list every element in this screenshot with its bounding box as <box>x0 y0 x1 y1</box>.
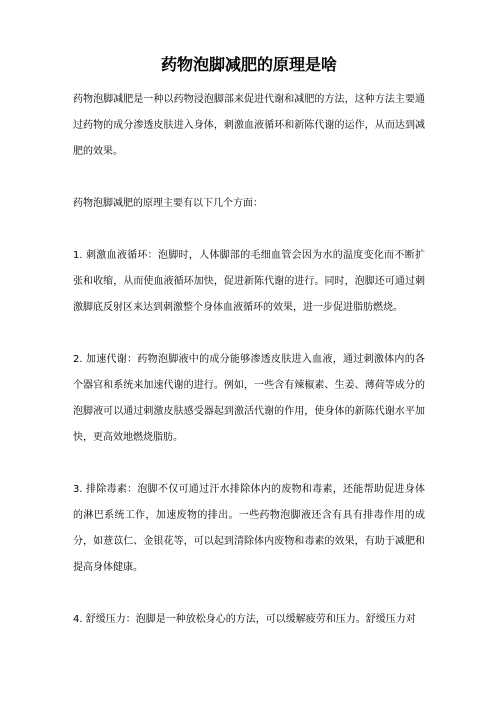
paragraph: 药物泡脚减肥是一种以药物浸泡脚部来促进代谢和减肥的方法，这种方法主要通过药物的成… <box>73 87 425 165</box>
paragraph: 2. 加速代谢：药物泡脚液中的成分能够渗透皮肤进入血液，通过刺激体内的各个器官和… <box>73 347 425 451</box>
paragraph: 药物泡脚减肥的原理主要有以下几个方面： <box>73 191 425 217</box>
document-body: 药物泡脚减肥是一种以药物浸泡脚部来促进代谢和减肥的方法，这种方法主要通过药物的成… <box>73 87 425 633</box>
paragraph: 1. 刺激血液循环：泡脚时，人体脚部的毛细血管会因为水的温度变化而不断扩张和收缩… <box>73 243 425 321</box>
document-title: 药物泡脚减肥的原理是啥 <box>73 52 425 78</box>
document-page: 药物泡脚减肥的原理是啥 药物泡脚减肥是一种以药物浸泡脚部来促进代谢和减肥的方法，… <box>0 0 496 702</box>
paragraph: 3. 排除毒素：泡脚不仅可通过汗水排除体内的废物和毒素，还能帮助促进身体的淋巴系… <box>73 477 425 581</box>
paragraph: 4. 舒缓压力：泡脚是一种放松身心的方法，可以缓解疲劳和压力。舒缓压力对 <box>73 607 425 633</box>
